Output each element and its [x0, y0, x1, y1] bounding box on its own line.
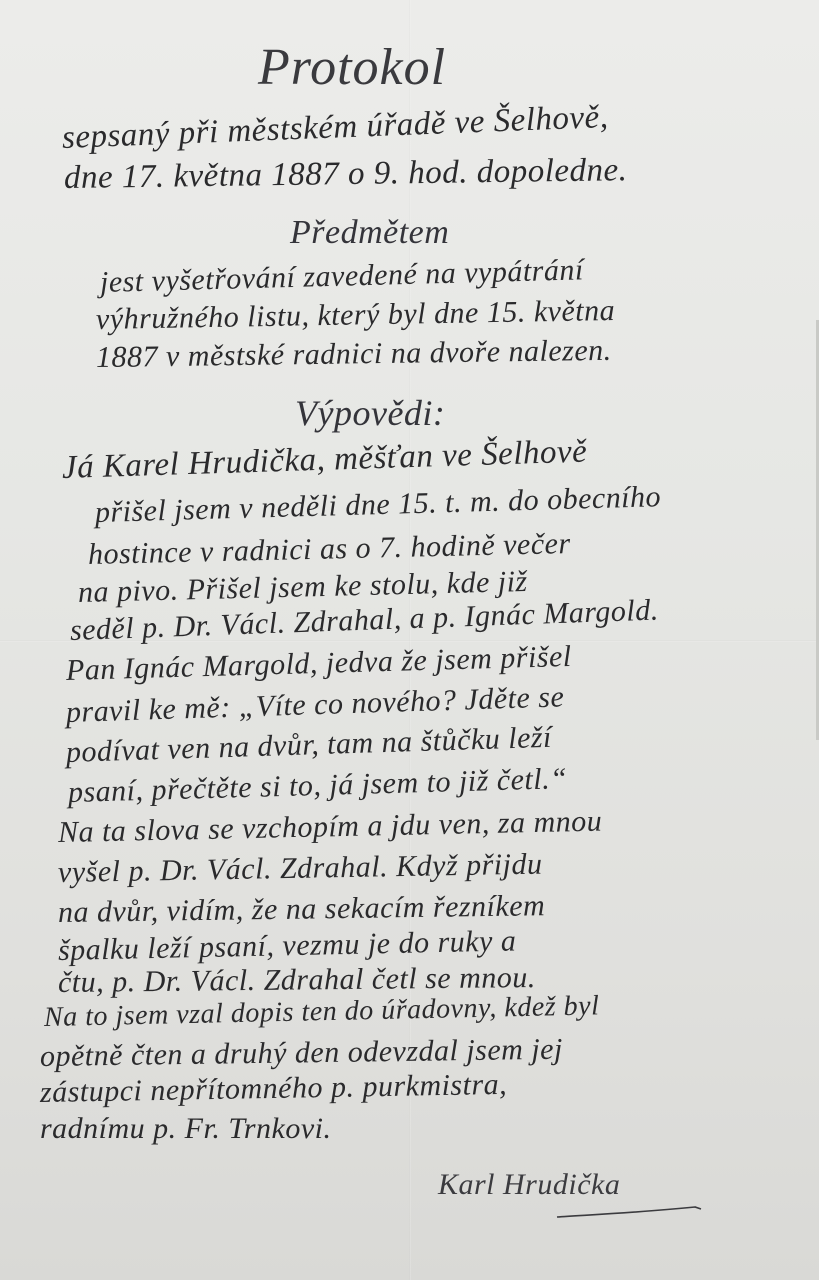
- document-page: Protokol sepsaný při městském úřadě ve Š…: [0, 0, 819, 1280]
- statements-heading: Výpovědi:: [295, 392, 445, 434]
- statement-line: podívat ven na dvůr, tam na štůčku leží: [65, 721, 552, 770]
- signature: Karl Hrudička: [438, 1168, 620, 1202]
- statement-line: vyšel p. Dr. Václ. Zdrahal. Když přijdu: [58, 848, 543, 890]
- statement-line: na dvůr, vidím, že na sekacím řezníkem: [58, 889, 546, 930]
- statement-line: psaní, přečtěte si to, já jsem to již če…: [68, 762, 568, 810]
- subject-line: výhružného listu, který byl dne 15. květ…: [96, 294, 616, 337]
- signature-flourish-icon: [555, 1205, 705, 1221]
- statement-line: Na ta slova se vzchopím a jdu ven, za mn…: [58, 805, 603, 850]
- header-line: sepsaný při městském úřadě ve Šelhově,: [61, 99, 609, 157]
- subject-line: jest vyšetřování zavedené na vypátrání: [100, 253, 585, 300]
- subject-line: 1887 v městské radnici na dvoře nalezen.: [96, 334, 612, 375]
- statement-line: Já Karel Hrudička, měšťan ve Šelhově: [61, 434, 587, 487]
- statement-line: Pan Ignác Margold, jedva že jsem přišel: [66, 640, 573, 688]
- statement-line: radnímu p. Fr. Trnkovi.: [40, 1112, 332, 1146]
- subject-heading: Předmětem: [290, 214, 449, 252]
- document-title: Protokol: [258, 38, 446, 97]
- statement-line: zástupci nepřítomného p. purkmistra,: [40, 1068, 508, 1110]
- statement-line: přišel jsem v neděli dne 15. t. m. do ob…: [95, 480, 662, 530]
- header-line: dne 17. května 1887 o 9. hod. dopoledne.: [64, 152, 628, 197]
